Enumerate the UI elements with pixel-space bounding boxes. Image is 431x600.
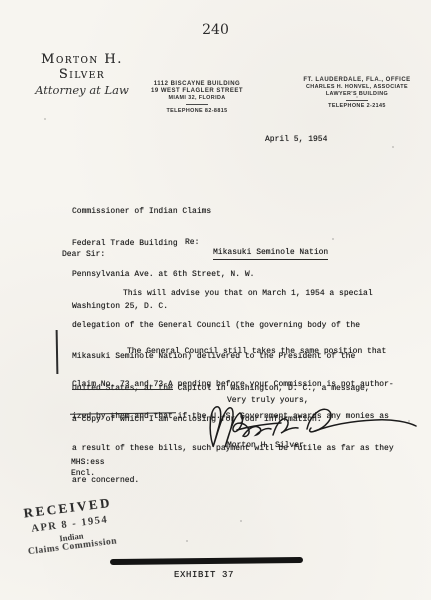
divider-rule <box>346 100 368 101</box>
letterhead-lauderdale-office: FT. LAUDERDALE, FLA., OFFICE CHARLES H. … <box>286 77 428 110</box>
scanned-letter-page: 240 Morton H. Silver Attorney at Law 111… <box>0 0 431 600</box>
black-ink-bar <box>110 557 303 565</box>
subject-line: Re: Mikasuki Seminole Nation <box>0 227 431 269</box>
date-line: April 5, 1954 <box>265 135 327 146</box>
miami-telephone: TELEPHONE 82-8815 <box>131 108 263 115</box>
paper-speckle <box>392 146 394 148</box>
paper-speckle <box>356 96 358 98</box>
signature-typed-name: Morton H. Silver <box>227 441 304 452</box>
attorney-title: Attorney at Law <box>16 83 148 97</box>
received-stamp: RECEIVED APR 8 - 1954 Indian Claims Comm… <box>5 493 134 560</box>
paper-speckle <box>44 118 46 120</box>
salutation: Dear Sir: <box>62 250 105 261</box>
paper-speckle <box>332 238 334 240</box>
paper-speckle <box>240 520 242 522</box>
lauderdale-telephone: TELEPHONE 2-2145 <box>286 103 428 110</box>
body-text: pending before your Commission is not au… <box>173 380 394 389</box>
re-subject: Mikasuki Seminole Nation <box>213 248 328 260</box>
paper-speckle <box>408 420 410 422</box>
recipient-line: Commissioner of Indian Claims <box>72 207 254 218</box>
re-label: Re: <box>185 238 199 249</box>
letterhead-attorney-block: Morton H. Silver Attorney at Law <box>16 52 148 97</box>
page-number: 240 <box>0 22 431 38</box>
body-line: are concerned. <box>72 476 394 487</box>
margin-pencil-line <box>56 330 58 374</box>
lauderdale-associate-line: CHARLES H. HONVEL, ASSOCIATE <box>286 84 428 91</box>
miami-address-line: 19 WEST FLAGLER STREET <box>131 88 263 95</box>
body-line: The General Council still takes the same… <box>72 347 394 358</box>
hand-underlined-text: Claim No. 73 and 73-A <box>72 380 173 391</box>
attorney-name: Morton H. Silver <box>16 52 148 82</box>
miami-address-line: 1112 BISCAYNE BUILDING <box>131 81 263 88</box>
reference-initials: MHS:ess <box>71 458 105 469</box>
paper-speckle <box>186 540 188 542</box>
enclosure-notation: Encl. <box>71 469 95 480</box>
miami-address-line: MIAMI 32, FLORIDA <box>131 95 263 102</box>
hand-marked-text: ized by them and that <box>72 412 173 423</box>
lauderdale-office-line: FT. LAUDERDALE, FLA., OFFICE <box>286 77 428 84</box>
exhibit-label: EXHIBIT 37 <box>174 570 234 581</box>
divider-rule <box>186 104 208 105</box>
paper-speckle <box>120 385 122 387</box>
body-line: This will advise you that on March 1, 19… <box>72 289 373 300</box>
letterhead-miami-office: 1112 BISCAYNE BUILDING 19 WEST FLAGLER S… <box>131 81 263 114</box>
